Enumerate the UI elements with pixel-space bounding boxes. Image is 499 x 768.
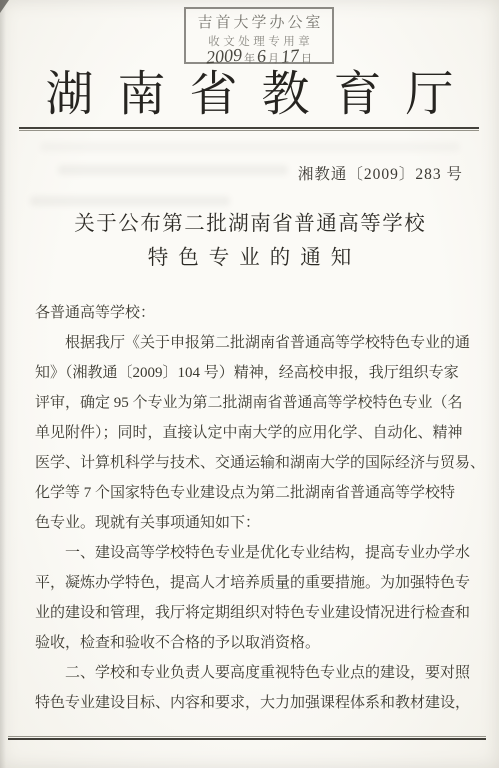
stamp-date-year: 2009 xyxy=(205,47,242,64)
body-line: 特色专业建设目标、内容和要求，大力加强课程体系和教材建设， xyxy=(35,688,471,718)
scanned-document-page: 吉首大学办公室 收文处理专用章 2009 年 6 月 17 日 湖南省教育厅 湘… xyxy=(0,0,499,768)
letterhead-divider xyxy=(19,127,479,131)
footer-divider xyxy=(8,736,486,740)
body-line: 知》（湘教通〔2009〕104 号）精神，经高校申报，我厅组织专家 xyxy=(35,358,471,388)
body-line: 一、建设高等学校特色专业是优化专业结构，提高专业办学水 xyxy=(35,538,471,568)
stamp-date-day-unit: 日 xyxy=(301,52,312,66)
stamp-date-year-unit: 年 xyxy=(244,52,255,66)
received-document-stamp: 吉首大学办公室 收文处理专用章 2009 年 6 月 17 日 xyxy=(184,7,334,64)
body-line: 根据我厅《关于申报第二批湖南省普通高等学校特色专业的通 xyxy=(35,328,471,358)
stamp-date-day: 17 xyxy=(280,48,299,64)
body-line: 平，凝炼办学特色，提高人才培养质量的重要措施。为加强特色专 xyxy=(35,568,471,598)
scan-edge-shadow xyxy=(0,0,6,768)
notice-title-line2: 特色专业的通知 xyxy=(0,245,499,271)
divider-thick-line xyxy=(8,738,486,740)
stamp-date-month: 6 xyxy=(256,49,266,64)
body-line: 医学、计算机科学与技术、交通运输和湖南大学的国际经济与贸易、 xyxy=(35,448,471,478)
divider-thick-line xyxy=(19,127,479,129)
body-line: 二、学校和专业负责人要高度重视特色专业点的建设，要对照 xyxy=(35,658,471,688)
scan-artifact xyxy=(40,142,460,152)
body-line: 验收，检查和验收不合格的予以取消资格。 xyxy=(35,628,471,658)
body-line: 业的建设和管理，我厅将定期组织对特色专业建设情况进行检查和 xyxy=(35,598,471,628)
divider-thin-line xyxy=(19,130,479,131)
stamp-received-date: 2009 年 6 月 17 日 xyxy=(205,49,313,66)
body-line: 评审，确定 95 个专业为第二批湖南省普通高等学校特色专业（名 xyxy=(35,388,471,418)
body-text: 各普通高等学校：根据我厅《关于申报第二批湖南省普通高等学校特色专业的通知》（湘教… xyxy=(0,298,499,718)
body-line: 化学等 7 个国家特色专业建设点为第二批湖南省普通高等学校特 xyxy=(35,478,471,508)
body-line: 色专业。现就有关事项通知如下： xyxy=(35,508,471,538)
body-line: 各普通高等学校： xyxy=(35,298,471,328)
divider-thin-line xyxy=(8,736,486,737)
notice-title: 关于公布第二批湖南省普通高等学校 特色专业的通知 xyxy=(0,211,499,271)
scan-artifact xyxy=(30,196,230,206)
stamp-office-name: 吉首大学办公室 xyxy=(194,11,323,32)
stamp-date-month-unit: 月 xyxy=(268,52,279,66)
notice-title-line1: 关于公布第二批湖南省普通高等学校 xyxy=(0,211,499,237)
scan-artifact xyxy=(58,165,288,175)
body-line: 单见附件）；同时，直接认定中南大学的应用化学、自动化、精神 xyxy=(35,418,471,448)
